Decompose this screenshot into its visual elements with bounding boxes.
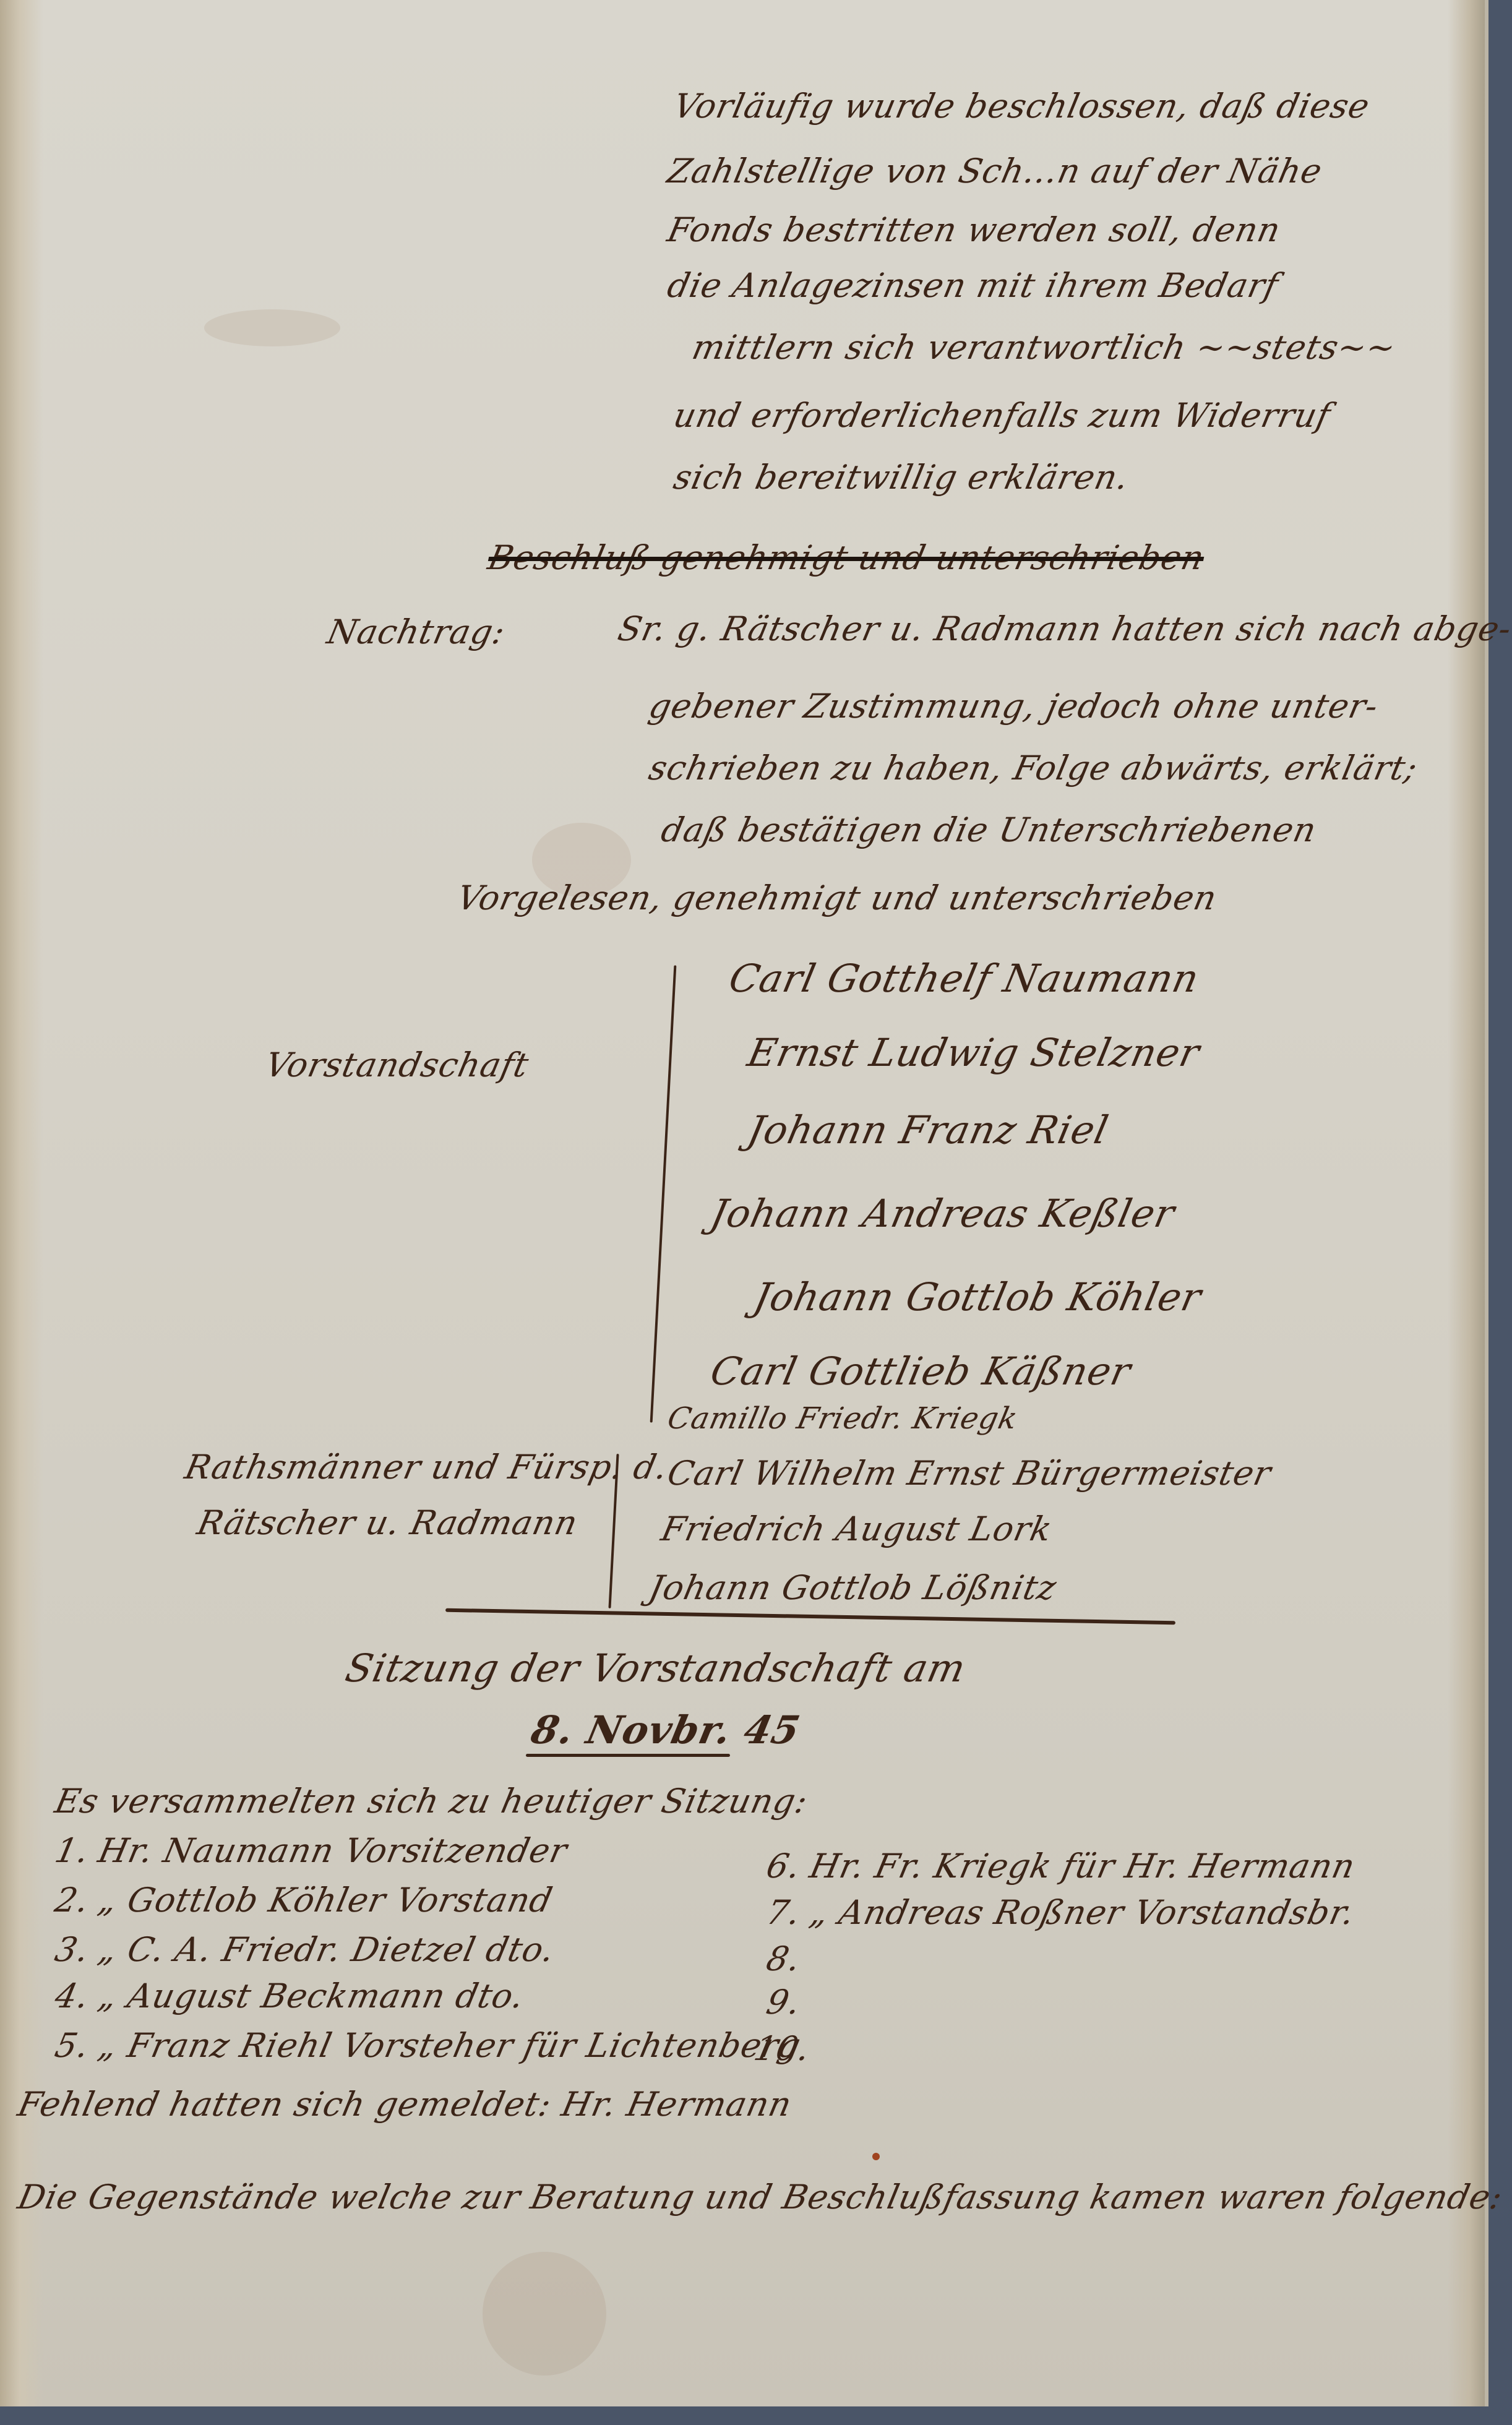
paper-stain [483, 2252, 606, 2376]
attendee-num: 4. [51, 1976, 93, 2015]
attendee-num: 8. [763, 1939, 804, 1978]
attendee-num: 7. [763, 1893, 804, 1932]
nachtrag-label: Nachtrag: [324, 612, 509, 651]
page-edge-right [1448, 0, 1485, 2406]
session-date: 8. Novbr. 45 [527, 1707, 804, 1753]
signature: Friedrich August Lork [658, 1509, 1055, 1548]
attendee: „ C. A. Friedr. Dietzel dto. [95, 1930, 558, 1969]
signature: Carl Gotthelf Naumann [725, 956, 1203, 1001]
signature: Johann Andreas Keßler [707, 1191, 1179, 1236]
signature: Johann Gottlob Lößnitz [645, 1568, 1060, 1607]
paper-stain [204, 309, 340, 346]
divider-stroke [445, 1608, 1175, 1625]
signature: Camillo Friedr. Kriegk [664, 1401, 1021, 1436]
signature-group-label: Rathsmänner und Fürsp. d. [181, 1448, 671, 1487]
attendee-num: 1. [51, 1831, 93, 1870]
attendee: „ August Beckmann dto. [95, 1976, 528, 2015]
attendee-num: 2. [51, 1881, 93, 1920]
attendance-intro: Es versammelten sich zu heutiger Sitzung… [51, 1782, 811, 1821]
attendee-num: 3. [51, 1930, 93, 1969]
nachtrag-line: daß bestätigen die Unterschriebenen [658, 810, 1320, 849]
attendee-num: 10. [750, 2029, 814, 2068]
signature: Ernst Ludwig Stelzner [744, 1030, 1204, 1075]
attendee: „ Franz Riehl Vorsteher für Lichtenberg [95, 2026, 804, 2065]
paragraph-line: und erforderlichenfalls zum Widerruf [670, 396, 1334, 435]
paragraph-line: die Anlagezinsen mit ihrem Bedarf [664, 266, 1282, 305]
session-title: Sitzung der Vorstandschaft am [341, 1646, 970, 1691]
closing-line: Die Gegenstände welche zur Beratung und … [14, 2178, 1506, 2217]
signature: Johann Gottlob Köhler [750, 1274, 1205, 1320]
attendee: Hr. Fr. Kriegk für Hr. Hermann [806, 1847, 1359, 1886]
attendee: „ Andreas Roßner Vorstandsbr. [806, 1893, 1358, 1932]
signature-bracket [650, 965, 677, 1422]
signature-group-label: Vorstandschaft [262, 1045, 532, 1084]
attendee: Hr. Naumann Vorsitzender [95, 1831, 571, 1870]
attendee-num: 5. [51, 2026, 93, 2065]
struck-heading: Beschluß genehmigt und unterschrieben [484, 538, 1208, 577]
nachtrag-line: schrieben zu haben, Folge abwärts, erklä… [645, 749, 1421, 788]
date-underline [526, 1754, 730, 1757]
attendee: „ Gottlob Köhler Vorstand [95, 1881, 556, 1920]
paragraph-line: sich bereitwillig erklären. [670, 458, 1133, 497]
attendee-num: 6. [763, 1847, 804, 1886]
approval-line: Vorgelesen, genehmigt und unterschrieben [453, 878, 1221, 917]
manuscript-page: Vorläufig wurde beschlossen, daß diese Z… [0, 0, 1488, 2406]
paragraph-line: mittlern sich verantwortlich ~~stets~~ [689, 328, 1399, 367]
page-edge-left [0, 0, 43, 2406]
paragraph-line: Vorläufig wurde beschlossen, daß diese [670, 87, 1373, 126]
absent-line: Fehlend hatten sich gemeldet: Hr. Herman… [14, 2085, 795, 2124]
nachtrag-line: Sr. g. Rätscher u. Radmann hatten sich n… [614, 609, 1512, 648]
paragraph-line: Fonds bestritten werden soll, denn [664, 210, 1284, 249]
ink-spot [872, 2153, 880, 2160]
signature: Carl Wilhelm Ernst Bürgermeister [664, 1454, 1274, 1493]
signature: Johann Franz Riel [744, 1107, 1112, 1152]
attendee-num: 9. [763, 1983, 804, 2022]
nachtrag-line: gebener Zustimmung, jedoch ohne unter- [645, 687, 1381, 726]
signature: Carl Gottlieb Käßner [707, 1349, 1135, 1394]
signature-group-label: Rätscher u. Radmann [194, 1503, 582, 1542]
paragraph-line: Zahlstellige von Sch…n auf der Nähe [664, 152, 1326, 191]
